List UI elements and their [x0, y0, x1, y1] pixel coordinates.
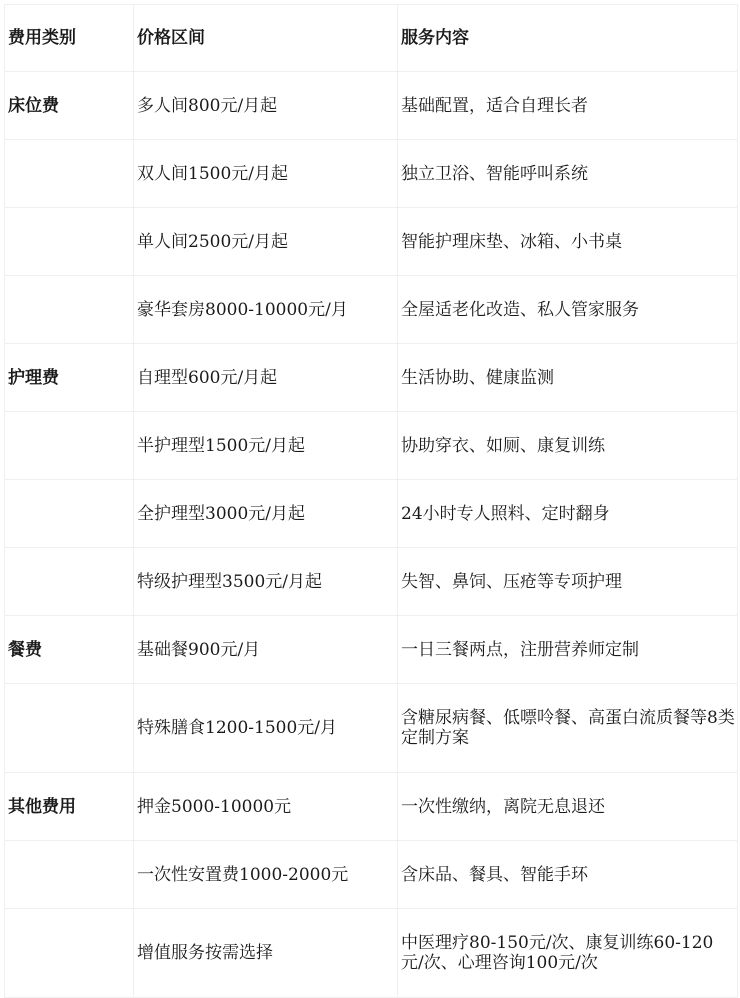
cell-service: 协助穿衣、如厕、康复训练 [398, 412, 738, 480]
cell-price: 豪华套房8000-10000元/月 [134, 276, 398, 344]
cell-category [5, 548, 134, 616]
cell-service: 中医理疗80-150元/次、康复训练60-120元/次、心理咨询100元/次 [398, 909, 738, 997]
cell-price: 自理型600元/月起 [134, 344, 398, 412]
fee-table: 费用类别 价格区间 服务内容 床位费 多人间800元/月起 基础配置，适合自理长… [4, 4, 738, 996]
cell-category [5, 276, 134, 344]
table-row: 单人间2500元/月起 智能护理床垫、冰箱、小书桌 [5, 208, 738, 276]
cell-price: 全护理型3000元/月起 [134, 480, 398, 548]
cell-category [5, 909, 134, 997]
header-category: 费用类别 [5, 5, 134, 72]
cell-service: 基础配置，适合自理长者 [398, 72, 738, 140]
cell-price: 押金5000-10000元 [134, 773, 398, 841]
cell-service: 24小时专人照料、定时翻身 [398, 480, 738, 548]
cell-service: 一次性缴纳，离院无息退还 [398, 773, 738, 841]
cell-service: 含床品、餐具、智能手环 [398, 841, 738, 909]
cell-category: 护理费 [5, 344, 134, 412]
table-row: 增值服务按需选择 中医理疗80-150元/次、康复训练60-120元/次、心理咨… [5, 909, 738, 997]
cell-service: 失智、鼻饲、压疮等专项护理 [398, 548, 738, 616]
cell-price: 双人间1500元/月起 [134, 140, 398, 208]
cell-category [5, 208, 134, 276]
table-row: 其他费用 押金5000-10000元 一次性缴纳，离院无息退还 [5, 773, 738, 841]
table-row: 豪华套房8000-10000元/月 全屋适老化改造、私人管家服务 [5, 276, 738, 344]
cell-category [5, 140, 134, 208]
table-row: 餐费 基础餐900元/月 一日三餐两点，注册营养师定制 [5, 616, 738, 684]
cell-category [5, 684, 134, 773]
table-row: 全护理型3000元/月起 24小时专人照料、定时翻身 [5, 480, 738, 548]
cell-service: 生活协助、健康监测 [398, 344, 738, 412]
cell-service: 一日三餐两点，注册营养师定制 [398, 616, 738, 684]
cell-service: 全屋适老化改造、私人管家服务 [398, 276, 738, 344]
cell-service: 含糖尿病餐、低嘌呤餐、高蛋白流质餐等8类定制方案 [398, 684, 738, 773]
cell-price: 特级护理型3500元/月起 [134, 548, 398, 616]
cell-category: 床位费 [5, 72, 134, 140]
cell-service: 智能护理床垫、冰箱、小书桌 [398, 208, 738, 276]
cell-category [5, 480, 134, 548]
cell-price: 基础餐900元/月 [134, 616, 398, 684]
header-service: 服务内容 [398, 5, 738, 72]
table-row: 床位费 多人间800元/月起 基础配置，适合自理长者 [5, 72, 738, 140]
table-row: 特级护理型3500元/月起 失智、鼻饲、压疮等专项护理 [5, 548, 738, 616]
cell-category: 餐费 [5, 616, 134, 684]
cell-price: 特殊膳食1200-1500元/月 [134, 684, 398, 773]
header-price: 价格区间 [134, 5, 398, 72]
table-row: 一次性安置费1000-2000元 含床品、餐具、智能手环 [5, 841, 738, 909]
table-row: 护理费 自理型600元/月起 生活协助、健康监测 [5, 344, 738, 412]
cell-price: 单人间2500元/月起 [134, 208, 398, 276]
cell-service: 独立卫浴、智能呼叫系统 [398, 140, 738, 208]
cell-price: 一次性安置费1000-2000元 [134, 841, 398, 909]
table-row: 半护理型1500元/月起 协助穿衣、如厕、康复训练 [5, 412, 738, 480]
table-row: 双人间1500元/月起 独立卫浴、智能呼叫系统 [5, 140, 738, 208]
cell-category [5, 841, 134, 909]
cell-price: 增值服务按需选择 [134, 909, 398, 997]
table-row: 特殊膳食1200-1500元/月 含糖尿病餐、低嘌呤餐、高蛋白流质餐等8类定制方… [5, 684, 738, 773]
cell-price: 半护理型1500元/月起 [134, 412, 398, 480]
fee-table-container: 费用类别 价格区间 服务内容 床位费 多人间800元/月起 基础配置，适合自理长… [4, 4, 738, 996]
table-header-row: 费用类别 价格区间 服务内容 [5, 5, 738, 72]
cell-price: 多人间800元/月起 [134, 72, 398, 140]
cell-category [5, 412, 134, 480]
cell-category: 其他费用 [5, 773, 134, 841]
